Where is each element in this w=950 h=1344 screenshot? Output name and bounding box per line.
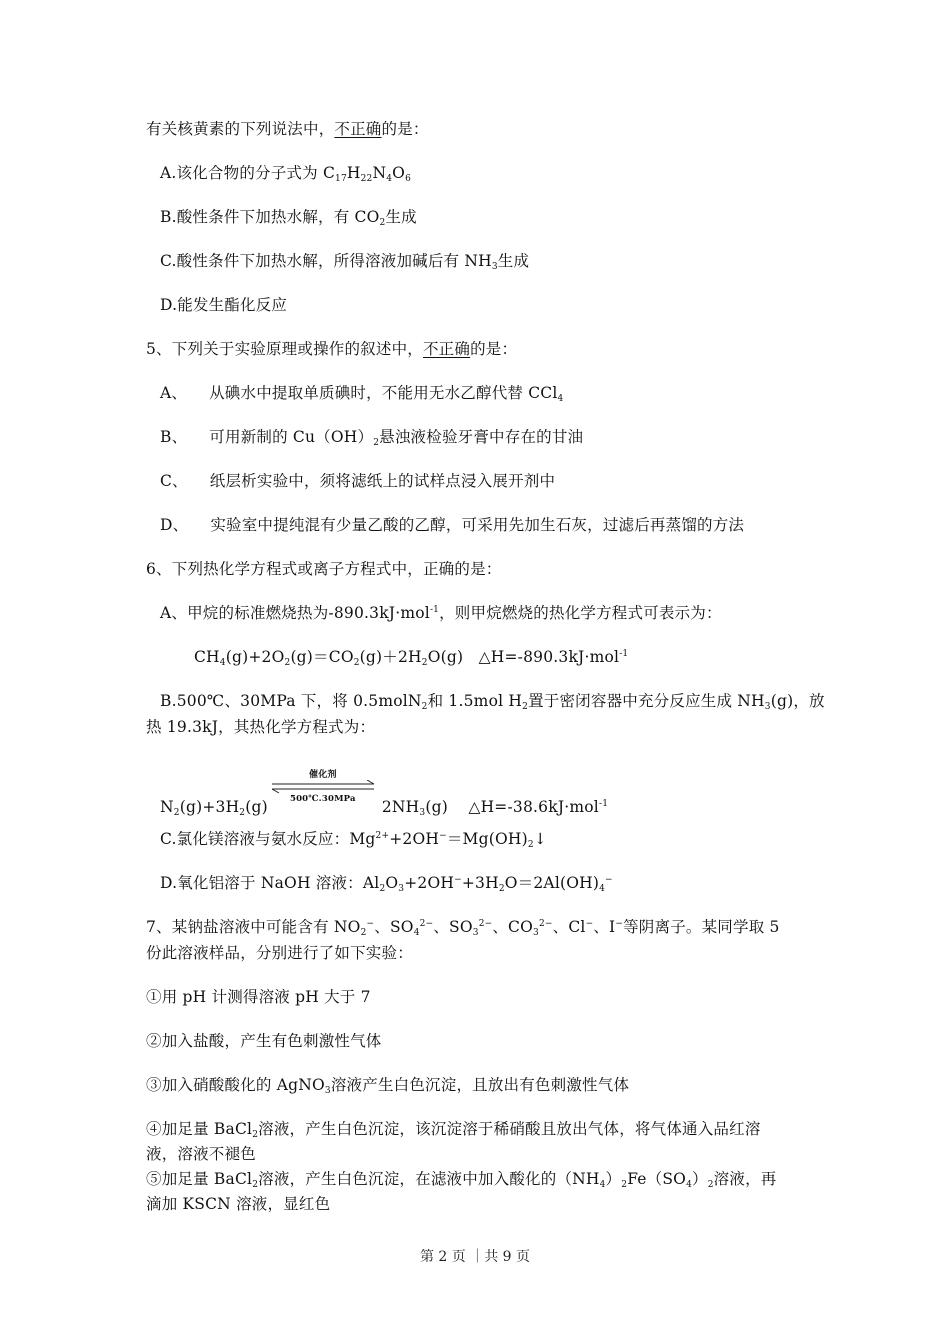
question-7-stem-line1: 7、某钠盐溶液中可能含有 NO2−、SO42−、SO32−、CO32−、Cl−、… [146, 917, 780, 937]
option-label: D. [160, 296, 177, 314]
option-label: A. [160, 164, 177, 182]
question-4-stem: 有关核黄素的下列说法中，不正确的是： [146, 119, 429, 139]
q5-option-a: A、从碘水中提取单质碘时，不能用无水乙醇代替 CCl4 [160, 383, 563, 403]
option-text: D.氧化铝溶于 NaOH 溶液：Al [160, 874, 379, 892]
superscript: 2+ [376, 831, 390, 841]
subscript: 4 [414, 928, 420, 938]
document-page: 有关核黄素的下列说法中，不正确的是： A.该化合物的分子式为 C17H22N4O… [0, 0, 950, 1344]
eq-part: O [385, 874, 398, 892]
q6-option-b-line1: B.500℃、30MPa 下，将 0.5molN2和 1.5mol H2置于密闭… [160, 691, 825, 711]
step-text: 溶液产生白色沉淀，且放出有色刺激性气体 [331, 1076, 629, 1094]
step-text: ） [692, 1170, 708, 1188]
q7-step-5-line2: 滴加 KSCN 溶液，显红色 [146, 1194, 330, 1214]
underlined-emphasis: 不正确 [423, 340, 470, 358]
catalyst-label: 催化剂 [270, 770, 376, 780]
underlined-emphasis: 不正确 [334, 120, 381, 138]
stem-text: 的是： [382, 120, 429, 138]
option-text: 实验室中提纯混有少量乙酸的乙醇，可采用先加生石灰，过滤后再蒸馏的方法 [210, 516, 744, 534]
eq-part: +3H [462, 874, 499, 892]
superscript: 2− [479, 919, 493, 929]
option-label: C. [160, 252, 177, 270]
subscript: 17 [335, 174, 347, 184]
formula-part: H [347, 164, 361, 182]
option-text: C.氯化镁溶液与氨水反应：Mg [160, 830, 376, 848]
q6-option-c: C.氯化镁溶液与氨水反应：Mg2++2OH−＝Mg(OH)2↓ [160, 829, 547, 849]
q6-b-equation: N2(g)+3H2(g)催化剂500℃.30MPa2NH3(g) △H=-38.… [160, 780, 608, 817]
q4-option-a: A.该化合物的分子式为 C17H22N4O6 [160, 163, 411, 183]
eq-part: ↓ [534, 830, 547, 848]
formula-part: O [392, 164, 405, 182]
stem-text: 等阴离子。某同学取 5 [623, 918, 780, 936]
q7-step-5-line1: ⑤加足量 BaCl2溶液，产生白色沉淀，在滤液中加入酸化的（NH4）2Fe（SO… [146, 1169, 776, 1189]
q4-option-b: B.酸性条件下加热水解，有 CO2生成 [160, 207, 417, 227]
step-text: ③加入硝酸酸化的 AgNO [146, 1076, 325, 1094]
option-text: 酸性条件下加热水解，所得溶液加碱后有 NH [177, 252, 492, 270]
option-label: D、 [160, 516, 188, 534]
condition-label: 500℃.30MPa [270, 794, 376, 804]
q7-step-4-line1: ④加足量 BaCl2溶液，产生白色沉淀，该沉淀溶于稀硝酸且放出气体，将气体通入品… [146, 1119, 761, 1139]
question-7-stem-line2: 份此溶液样品，分别进行了如下实验： [146, 943, 413, 963]
superscript: -1 [619, 649, 628, 659]
eq-part: (g) [245, 798, 268, 816]
eq-part: (g) △H=-38.6kJ·mol [425, 798, 599, 816]
eq-part: (g)+3H [180, 798, 240, 816]
subscript: 4 [599, 884, 605, 894]
q4-option-d: D.能发生酯化反应 [160, 295, 287, 315]
stem-text: 、CO [492, 918, 533, 936]
option-text: (g)，放 [771, 692, 825, 710]
q4-option-c: C.酸性条件下加热水解，所得溶液加碱后有 NH3生成 [160, 251, 529, 271]
superscript: -1 [599, 799, 608, 809]
option-text: 可用新制的 Cu（OH） [209, 428, 373, 446]
page-footer: 第 2 页 ｜共 9 页 [0, 1246, 950, 1266]
option-label: C、 [160, 472, 188, 490]
q5-option-d: D、实验室中提纯混有少量乙酸的乙醇，可采用先加生石灰，过滤后再蒸馏的方法 [160, 515, 744, 535]
option-text: 从碘水中提取单质碘时，不能用无水乙醇代替 CCl [209, 384, 557, 402]
option-text: 和 1.5mol H [428, 692, 523, 710]
superscript: − [615, 919, 623, 929]
subscript: 3 [533, 928, 539, 938]
option-text: A、甲烷的标准燃烧热为-890.3kJ·mol [160, 604, 430, 622]
step-text: Fe（SO [627, 1170, 686, 1188]
subscript: 6 [405, 174, 411, 184]
eq-part: +2OH [389, 830, 439, 848]
superscript: − [439, 831, 447, 841]
q7-step-2: ②加入盐酸，产生有色刺激性气体 [146, 1031, 382, 1051]
question-number: 7、 [146, 918, 172, 936]
eq-part: ＝Mg(OH) [447, 830, 528, 848]
question-number: 5、 [146, 340, 172, 358]
step-text: ⑤加足量 BaCl [146, 1170, 252, 1188]
option-text: 生成 [498, 252, 529, 270]
q5-option-c: C、纸层析实验中，须将滤纸上的试样点浸入展开剂中 [160, 471, 555, 491]
q6-option-b-line2: 热 19.3kJ，其热化学方程式为： [146, 717, 375, 737]
superscript: -1 [430, 605, 439, 615]
superscript: 2− [539, 919, 553, 929]
stem-text: 下列热化学方程式或离子方程式中，正确的是： [172, 560, 502, 578]
stem-text: 、SO [433, 918, 472, 936]
subscript: 4 [558, 394, 564, 404]
eq-part: O(g) △H=-890.3kJ·mol [428, 648, 619, 666]
option-label: B. [160, 208, 177, 226]
option-text: 该化合物的分子式为 C [177, 164, 336, 182]
stem-text: 、SO [374, 918, 413, 936]
stem-text: 、Cl [553, 918, 586, 936]
option-text: 置于密闭容器中充分反应生成 NH [528, 692, 765, 710]
stem-text: 、I [593, 918, 615, 936]
question-number: 6、 [146, 560, 172, 578]
eq-part: (g)＋2H [360, 648, 422, 666]
option-text: 生成 [385, 208, 416, 226]
eq-part: 2NH [382, 798, 420, 816]
stem-text: 有关核黄素的下列说法中， [146, 120, 334, 138]
subscript: 3 [473, 928, 479, 938]
q6-option-d: D.氧化铝溶于 NaOH 溶液：Al2O3+2OH−+3H2O＝2Al(OH)4… [160, 873, 613, 893]
superscript: − [605, 875, 613, 885]
formula-part: N [372, 164, 386, 182]
subscript: 22 [361, 174, 373, 184]
eq-part: (g)+2O [226, 648, 285, 666]
eq-part: +2OH [404, 874, 454, 892]
option-label: A、 [160, 384, 187, 402]
q5-option-b: B、可用新制的 Cu（OH）2悬浊液检验牙膏中存在的甘油 [160, 427, 583, 447]
q6-option-a: A、甲烷的标准燃烧热为-890.3kJ·mol-1，则甲烷燃烧的热化学方程式可表… [160, 603, 722, 623]
option-label: B、 [160, 428, 187, 446]
equilibrium-arrows-icon [270, 780, 376, 794]
option-text: 酸性条件下加热水解，有 CO [177, 208, 380, 226]
step-text: 溶液，产生白色沉淀，在滤液中加入酸化的（NH [258, 1170, 599, 1188]
step-text: 溶液，产生白色沉淀，该沉淀溶于稀硝酸且放出气体，将气体通入品红溶 [258, 1120, 760, 1138]
eq-part: (g)＝CO [290, 648, 353, 666]
stem-text: 某钠盐溶液中可能含有 NO [172, 918, 361, 936]
q6-a-equation: CH4(g)+2O2(g)＝CO2(g)＋2H2O(g) △H=-890.3kJ… [194, 647, 628, 667]
eq-part: N [160, 798, 174, 816]
subscript: 2 [361, 928, 367, 938]
eq-part: O＝2Al(OH) [505, 874, 599, 892]
option-text: 纸层析实验中，须将滤纸上的试样点浸入展开剂中 [210, 472, 555, 490]
stem-text: 的是： [470, 340, 517, 358]
q7-step-3: ③加入硝酸酸化的 AgNO3溶液产生白色沉淀，且放出有色刺激性气体 [146, 1075, 629, 1095]
q7-step-4-line2: 液，溶液不褪色 [146, 1144, 256, 1164]
option-text: 能发生酯化反应 [177, 296, 287, 314]
step-text: 溶液，再 [714, 1170, 777, 1188]
option-text: 悬浊液检验牙膏中存在的甘油 [379, 428, 583, 446]
option-text: B.500℃、30MPa 下，将 0.5molN [160, 692, 422, 710]
eq-part: CH [194, 648, 220, 666]
q7-step-1: ①用 pH 计测得溶液 pH 大于 7 [146, 987, 371, 1007]
question-5-stem: 5、下列关于实验原理或操作的叙述中，不正确的是： [146, 339, 517, 359]
option-text: ，则甲烷燃烧的热化学方程式可表示为： [439, 604, 722, 622]
step-text: ④加足量 BaCl [146, 1120, 252, 1138]
step-text: ） [606, 1170, 622, 1188]
question-6-stem: 6、下列热化学方程式或离子方程式中，正确的是： [146, 559, 501, 579]
reversible-arrow: 催化剂500℃.30MPa [270, 770, 376, 804]
stem-text: 下列关于实验原理或操作的叙述中， [172, 340, 423, 358]
superscript: − [454, 875, 462, 885]
superscript: 2− [420, 919, 434, 929]
